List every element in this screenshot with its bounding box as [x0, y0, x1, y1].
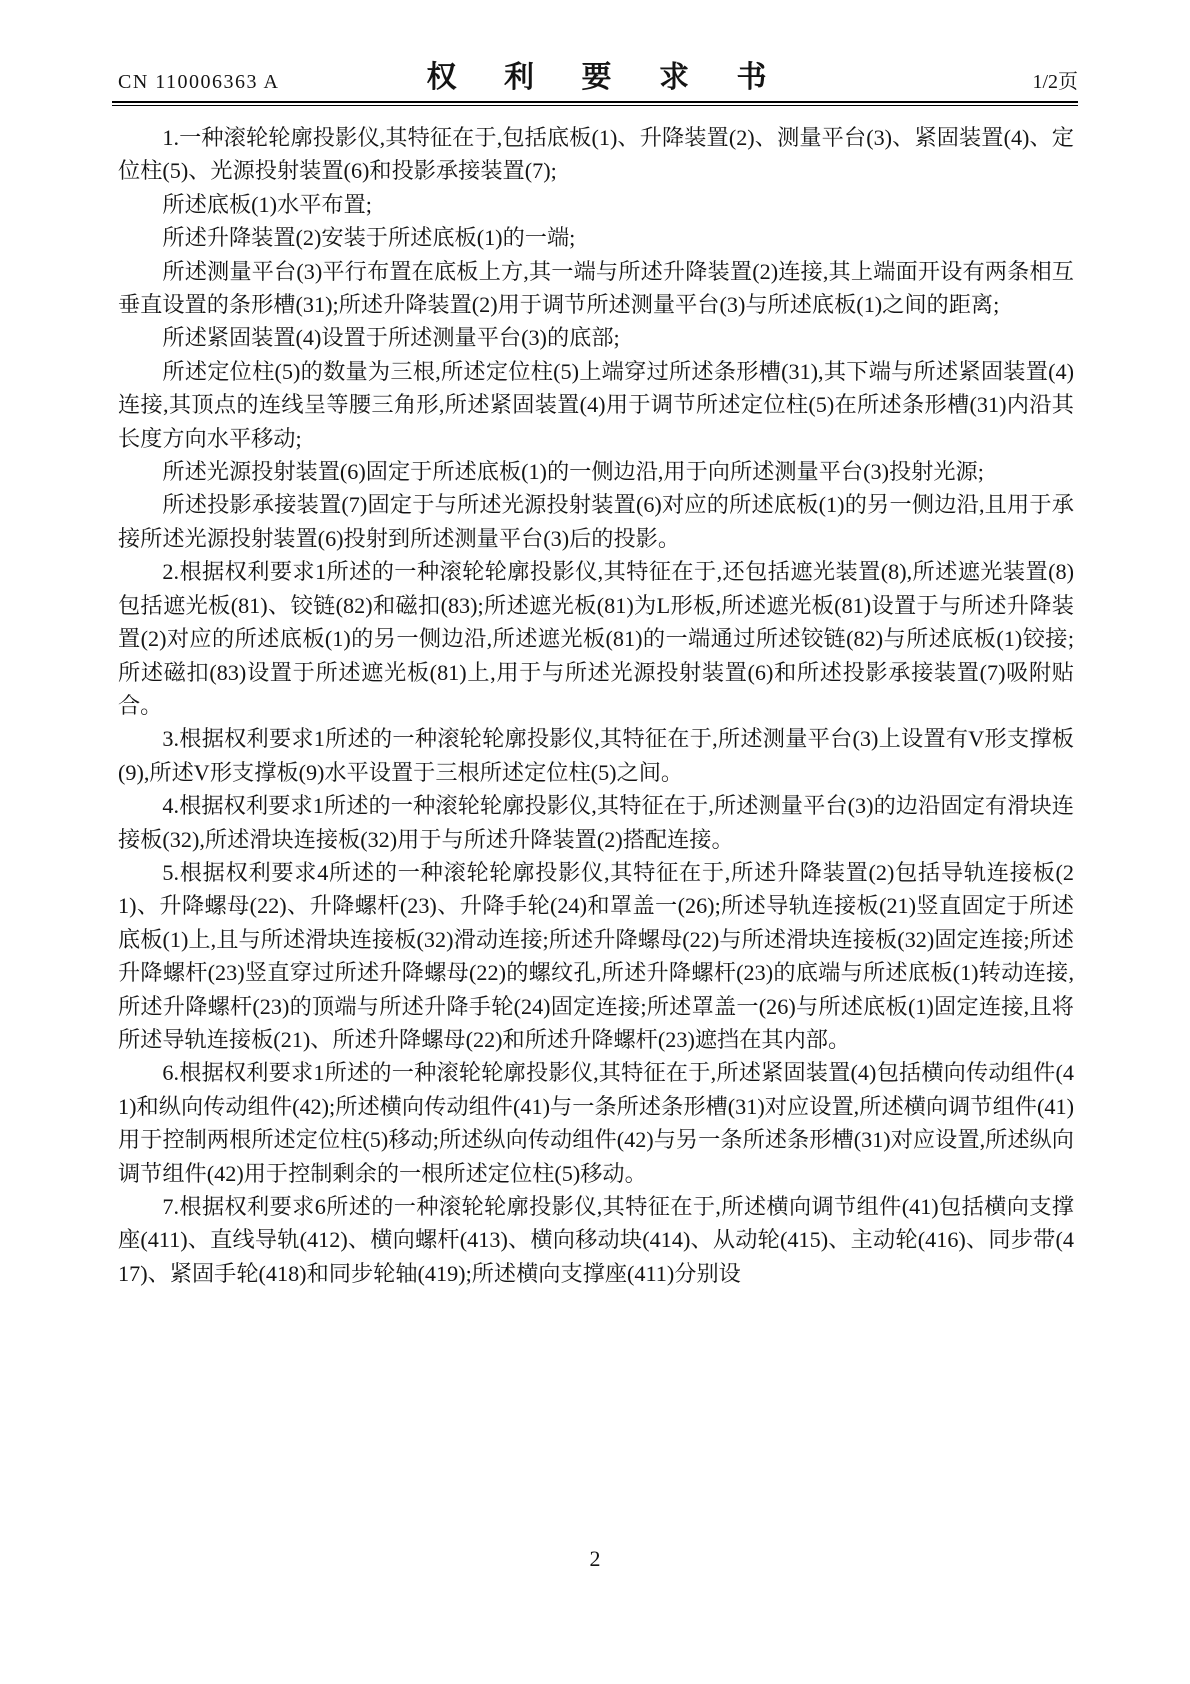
claim-paragraph: 5.根据权利要求4所述的一种滚轮轮廓投影仪,其特征在于,所述升降装置(2)包括导…	[118, 856, 1074, 1056]
claim-paragraph: 所述测量平台(3)平行布置在底板上方,其一端与所述升降装置(2)连接,其上端面开…	[118, 255, 1074, 322]
claim-paragraph: 所述投影承接装置(7)固定于与所述光源投射装置(6)对应的所述底板(1)的另一侧…	[118, 488, 1074, 555]
page-number: 2	[590, 1546, 601, 1571]
claim-paragraph: 所述定位柱(5)的数量为三根,所述定位柱(5)上端穿过所述条形槽(31),其下端…	[118, 355, 1074, 455]
claim-paragraph: 4.根据权利要求1所述的一种滚轮轮廓投影仪,其特征在于,所述测量平台(3)的边沿…	[118, 789, 1074, 856]
page-footer: 2	[0, 1546, 1190, 1572]
sheet-indicator: 1/2页	[1032, 65, 1078, 94]
page-header: CN 110006363 A 权 利 要 求 书 1/2页	[115, 56, 1078, 96]
claim-paragraph: 2.根据权利要求1所述的一种滚轮轮廓投影仪,其特征在于,还包括遮光装置(8),所…	[118, 555, 1074, 722]
header-divider	[112, 101, 1078, 106]
claims-body: 1.一种滚轮轮廓投影仪,其特征在于,包括底板(1)、升降装置(2)、测量平台(3…	[118, 121, 1074, 1290]
claim-paragraph: 所述底板(1)水平布置;	[118, 188, 1074, 221]
patent-claims-page: CN 110006363 A 权 利 要 求 书 1/2页 1.一种滚轮轮廓投影…	[0, 0, 1190, 1684]
claim-paragraph: 7.根据权利要求6所述的一种滚轮轮廓投影仪,其特征在于,所述横向调节组件(41)…	[118, 1190, 1074, 1290]
claim-paragraph: 所述紧固装置(4)设置于所述测量平台(3)的底部;	[118, 321, 1074, 354]
document-title: 权 利 要 求 书	[115, 52, 1078, 96]
claim-paragraph: 3.根据权利要求1所述的一种滚轮轮廓投影仪,其特征在于,所述测量平台(3)上设置…	[118, 722, 1074, 789]
claim-paragraph: 1.一种滚轮轮廓投影仪,其特征在于,包括底板(1)、升降装置(2)、测量平台(3…	[118, 121, 1074, 188]
claim-paragraph: 所述光源投射装置(6)固定于所述底板(1)的一侧边沿,用于向所述测量平台(3)投…	[118, 455, 1074, 488]
claim-paragraph: 6.根据权利要求1所述的一种滚轮轮廓投影仪,其特征在于,所述紧固装置(4)包括横…	[118, 1056, 1074, 1190]
claim-paragraph: 所述升降装置(2)安装于所述底板(1)的一端;	[118, 221, 1074, 254]
